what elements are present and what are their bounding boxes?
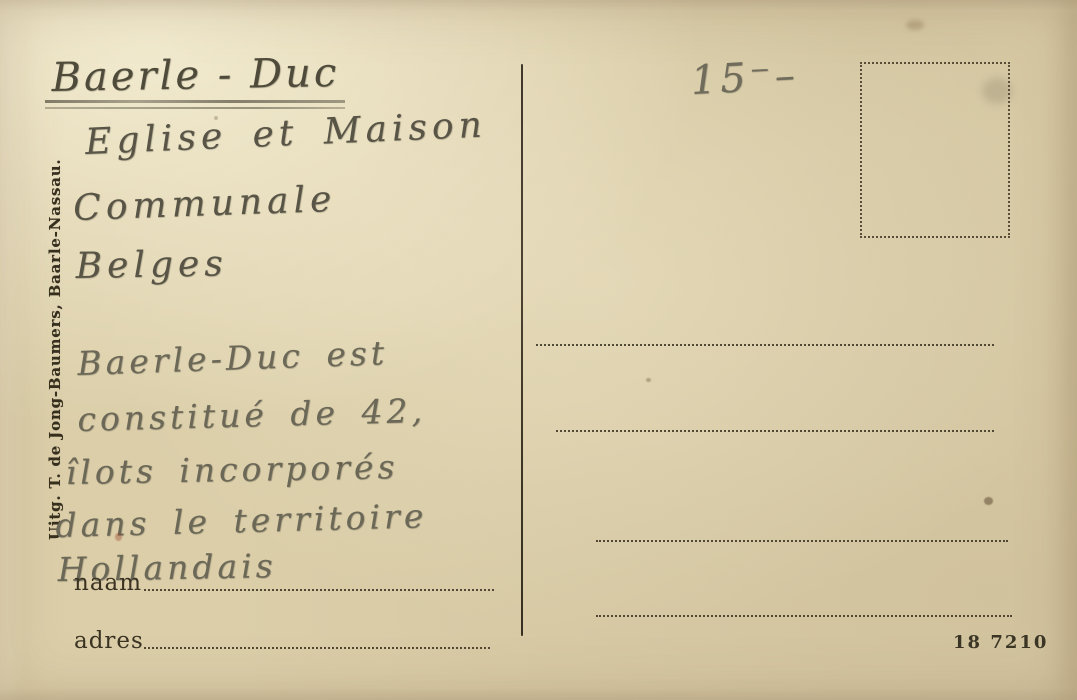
address-dotted-line bbox=[596, 540, 1008, 542]
price-note: 15⁻– bbox=[690, 52, 800, 104]
handwritten-title: Baerle - Duc bbox=[51, 50, 339, 101]
naam-dotted-line bbox=[144, 589, 494, 591]
address-dotted-line bbox=[556, 430, 994, 432]
paper-speck bbox=[984, 497, 993, 505]
address-dotted-line bbox=[536, 344, 994, 346]
paper-speck bbox=[982, 78, 1012, 104]
paper-speck bbox=[115, 533, 122, 541]
title-underline bbox=[45, 100, 345, 109]
adres-dotted-line bbox=[144, 647, 490, 649]
address-dotted-line bbox=[596, 615, 1012, 617]
postcard-back: Uitg. T. de Jong-Baumers, Baarle-Nassau.… bbox=[0, 0, 1077, 700]
paper-speck bbox=[214, 116, 218, 120]
caption-line: Eglise et Maison bbox=[84, 105, 487, 163]
message-line: dans le territoire bbox=[55, 496, 428, 545]
caption-line: Belges bbox=[75, 243, 228, 287]
serial-number: 18 7210 bbox=[953, 632, 1048, 653]
paper-speck bbox=[646, 378, 651, 382]
message-line: constitué de 42, bbox=[77, 391, 426, 439]
paper-speck bbox=[906, 20, 924, 30]
message-line: îlots incorporés bbox=[65, 447, 398, 492]
naam-label: naam bbox=[74, 570, 142, 596]
paper-speck bbox=[338, 462, 342, 466]
publisher-imprint: Uitg. T. de Jong-Baumers, Baarle-Nassau. bbox=[46, 168, 64, 540]
divider-line bbox=[521, 64, 523, 636]
message-line: Baerle-Duc est bbox=[77, 333, 389, 383]
caption-line: Communale bbox=[73, 179, 337, 229]
adres-label: adres bbox=[74, 628, 144, 654]
